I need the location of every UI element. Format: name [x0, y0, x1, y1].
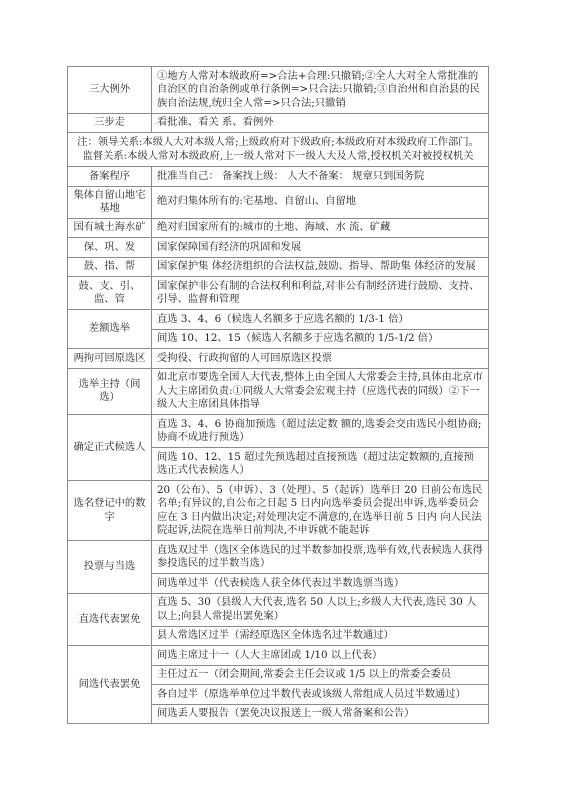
- table-row: 投票与当选直选双过半（选区全体选民的过半数参加投票,选举有效,代表候选人获得参投…: [68, 541, 488, 594]
- row-label: 两拘可回原选区: [68, 349, 152, 368]
- row-content: 20（公布）、5（申诉）、3（处理）、5（起诉）选举日 20 日前公布选民名单;…: [152, 481, 488, 540]
- content-cell: 各自过半（原选举单位过半数代表或该级人常组成人员过半数通过）: [152, 685, 488, 705]
- table-row: 集体自留山地宅基地绝对归集体所有的:宅基地、自留山、自留地: [68, 187, 488, 219]
- row-label: 鼓、指、帮: [68, 258, 152, 277]
- row-label: 确定正式候选人: [68, 415, 152, 480]
- table-row: 保、巩、发国家保障国有经济的巩固和发展: [68, 238, 488, 258]
- table-row: 两拘可回原选区受拘役、行政拘留的人可回原选区投票: [68, 349, 488, 369]
- note-line: 监督关系:本级人常对本级政府,上一级人常对下一级人大及人常,授权机关对被授权机关: [70, 150, 486, 164]
- content-cell: 绝对归集体所有的:宅基地、自留山、自留地: [152, 187, 488, 218]
- table-row: 选举主持（间选）如北京市要选全国人大代表,整体上由全国人大常委会主持,具体由北京…: [68, 369, 488, 416]
- row-label: 鼓、支、引、监、管: [68, 277, 152, 309]
- row-label: 差额选举: [68, 310, 152, 348]
- row-content: 批准当自己： 备案找上级： 人大不备案： 规章只到国务院: [152, 167, 488, 186]
- table-row: 国有城土海水矿绝对归国家所有的:城市的土地、海域、水 流、矿藏: [68, 219, 488, 239]
- row-content: 看批准、看关 系、看例外: [152, 114, 488, 133]
- row-content: 国家保护非公有制的合法权利和利益,对非公有制经济进行鼓励、支持、引导、监督和管理: [152, 277, 488, 309]
- notes-table: 三大例外①地方人常对本级政府=>合法+合理:只撤销;②全人大对全人常批准的自治区…: [67, 66, 489, 724]
- row-content: 绝对归集体所有的:宅基地、自留山、自留地: [152, 187, 488, 218]
- row-label: 集体自留山地宅基地: [68, 187, 152, 218]
- table-row: 备案程序批准当自己： 备案找上级： 人大不备案： 规章只到国务院: [68, 167, 488, 187]
- row-label: 国有城土海水矿: [68, 219, 152, 238]
- row-label: 直选代表罢免: [68, 594, 152, 646]
- table-row: 三步走看批准、看关 系、看例外: [68, 114, 488, 134]
- note-row: 注：领导关系:本级人大对本级人常;上级政府对下级政府;本级政府对本级政府工作部门…: [68, 133, 488, 167]
- content-cell: 直选 3、4、6 协商加预选（超过法定数 额的,选委会交由选民小组协商;协商不成…: [152, 415, 488, 448]
- content-cell: 看批准、看关 系、看例外: [152, 114, 488, 133]
- content-cell: 国家保障国有经济的巩固和发展: [152, 238, 488, 257]
- row-label: 三步走: [68, 114, 152, 133]
- table-row: 确定正式候选人直选 3、4、6 协商加预选（超过法定数 额的,选委会交由选民小组…: [68, 415, 488, 481]
- table-row: 间选代表罢免间选主席过十一（人大主席团或 1/10 以上代表）主任过五一（闭会期…: [68, 646, 488, 723]
- row-label: 备案程序: [68, 167, 152, 186]
- content-cell: 直选 5、30（县级人大代表,选名 50 人以上;乡级人大代表,选民 30 人以…: [152, 594, 488, 627]
- row-label: 投票与当选: [68, 541, 152, 593]
- content-cell: 国家保护非公有制的合法权利和利益,对非公有制经济进行鼓励、支持、引导、监督和管理: [152, 277, 488, 309]
- content-cell: 间选单过半（代表候选人获全体代表过半数选票当选）: [152, 574, 488, 593]
- row-content: 直选 3、4、6 协商加预选（超过法定数 额的,选委会交由选民小组协商;协商不成…: [152, 415, 488, 480]
- row-label: 三大例外: [68, 67, 152, 113]
- row-label: 间选代表罢免: [68, 646, 152, 723]
- content-cell: 直选双过半（选区全体选民的过半数参加投票,选举有效,代表候选人获得参投选民的过半…: [152, 541, 488, 574]
- row-content: 绝对归国家所有的:城市的土地、海域、水 流、矿藏: [152, 219, 488, 238]
- content-cell: 间选 10、12、15 超过先预选超过直接预选（超过法定数额的,直接预选正式代表…: [152, 448, 488, 480]
- content-cell: ①地方人常对本级政府=>合法+合理:只撤销;②全人大对全人常批准的自治区的自治条…: [152, 67, 488, 113]
- content-cell: 间选丢人要报告（罢免决议报送上一级人常备案和公告）: [152, 705, 488, 724]
- content-cell: 县人常选区过半（需经原选区全体选名过半数通过）: [152, 627, 488, 646]
- row-content: 直选 5、30（县级人大代表,选名 50 人以上;乡级人大代表,选民 30 人以…: [152, 594, 488, 646]
- table-row: 差额选举直选 3、4、6（候选人名额多于应选名额的 1/3-1 倍）间选 10、…: [68, 310, 488, 349]
- content-cell: 直选 3、4、6（候选人名额多于应选名额的 1/3-1 倍）: [152, 310, 488, 330]
- table-row: 鼓、指、帮国家保护集 体经济组织的合法权益,鼓励、指导、帮助集 体经济的发展: [68, 258, 488, 278]
- table-row: 直选代表罢免直选 5、30（县级人大代表,选名 50 人以上;乡级人大代表,选民…: [68, 594, 488, 647]
- row-content: ①地方人常对本级政府=>合法+合理:只撤销;②全人大对全人常批准的自治区的自治条…: [152, 67, 488, 113]
- row-content: 间选主席过十一（人大主席团或 1/10 以上代表）主任过五一（闭会期间,常委会主…: [152, 646, 488, 723]
- content-cell: 如北京市要选全国人大代表,整体上由全国人大常委会主持,具体由北京市人大主席团负责…: [152, 369, 488, 415]
- content-cell: 间选 10、12、15（候选人名额多于应选名额的 1/5-1/2 倍）: [152, 330, 488, 349]
- content-cell: 受拘役、行政拘留的人可回原选区投票: [152, 349, 488, 368]
- table-row: 鼓、支、引、监、管国家保护非公有制的合法权利和利益,对非公有制经济进行鼓励、支持…: [68, 277, 488, 310]
- content-cell: 主任过五一（闭会期间,常委会主任会议或 1/5 以上的常委会委员: [152, 666, 488, 686]
- content-cell: 批准当自己： 备案找上级： 人大不备案： 规章只到国务院: [152, 167, 488, 186]
- row-label: 选举主持（间选）: [68, 369, 152, 415]
- content-cell: 间选主席过十一（人大主席团或 1/10 以上代表）: [152, 646, 488, 666]
- content-cell: 绝对归国家所有的:城市的土地、海域、水 流、矿藏: [152, 219, 488, 238]
- row-content: 国家保障国有经济的巩固和发展: [152, 238, 488, 257]
- content-cell: 20（公布）、5（申诉）、3（处理）、5（起诉）选举日 20 日前公布选民名单;…: [152, 481, 488, 540]
- row-content: 直选双过半（选区全体选民的过半数参加投票,选举有效,代表候选人获得参投选民的过半…: [152, 541, 488, 593]
- row-content: 受拘役、行政拘留的人可回原选区投票: [152, 349, 488, 368]
- table-row: 选名登记中的数字20（公布）、5（申诉）、3（处理）、5（起诉）选举日 20 日…: [68, 481, 488, 541]
- row-label: 保、巩、发: [68, 238, 152, 257]
- table-row: 三大例外①地方人常对本级政府=>合法+合理:只撤销;②全人大对全人常批准的自治区…: [68, 67, 488, 114]
- row-content: 直选 3、4、6（候选人名额多于应选名额的 1/3-1 倍）间选 10、12、1…: [152, 310, 488, 348]
- content-cell: 国家保护集 体经济组织的合法权益,鼓励、指导、帮助集 体经济的发展: [152, 258, 488, 277]
- row-content: 如北京市要选全国人大代表,整体上由全国人大常委会主持,具体由北京市人大主席团负责…: [152, 369, 488, 415]
- row-label: 选名登记中的数字: [68, 481, 152, 540]
- row-content: 国家保护集 体经济组织的合法权益,鼓励、指导、帮助集 体经济的发展: [152, 258, 488, 277]
- note-line: 注：领导关系:本级人大对本级人常;上级政府对下级政府;本级政府对本级政府工作部门…: [70, 136, 486, 150]
